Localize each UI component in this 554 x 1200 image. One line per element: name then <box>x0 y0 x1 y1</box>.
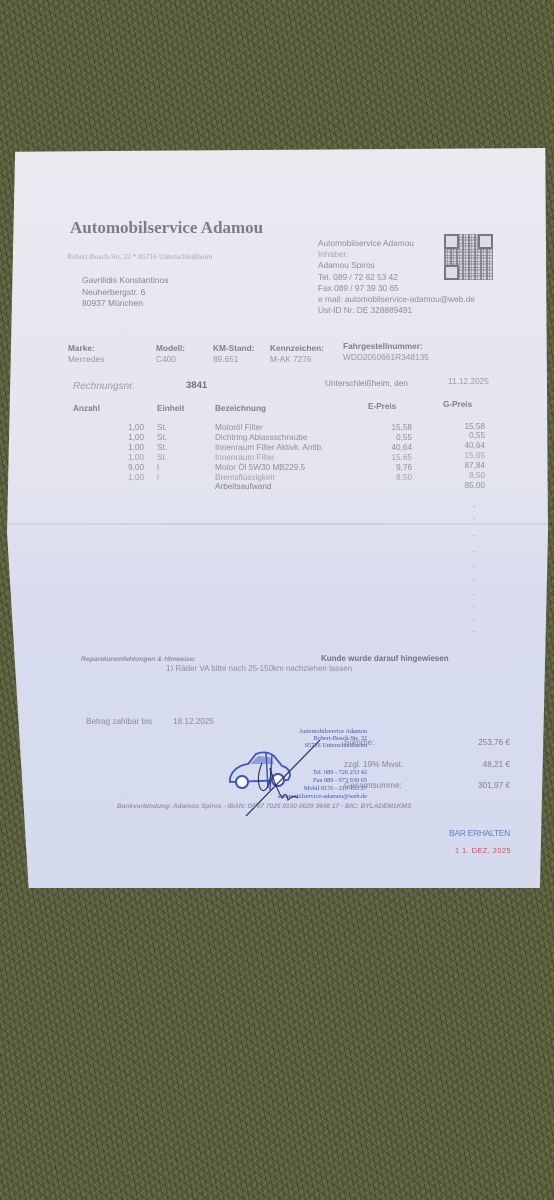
invoice-date: 11.12.2025 <box>448 376 489 386</box>
cell-qty: 9,00 <box>100 463 144 472</box>
due-date: 18.12.2025 <box>173 717 214 726</box>
cell-unit-price: 15,58 <box>340 423 412 432</box>
cell-unit-price: 40,64 <box>340 443 412 452</box>
cell-unit: l <box>157 463 187 472</box>
col-header-desc: Bezeichnung <box>215 404 266 413</box>
paid-date-stamp: 1 1. DEZ. 2025 <box>455 846 511 855</box>
paper-fold-line <box>7 523 548 525</box>
company-address-line: Robert-Bosch-Str. 32 * 85716 Unterschlei… <box>67 252 212 261</box>
grand-total-label: Gesamtsumme: <box>344 781 402 790</box>
col-header-unit: Einheit <box>157 404 184 413</box>
empty-line-marker: - <box>473 602 476 611</box>
empty-line-marker: - <box>473 502 476 511</box>
vehicle-km: KM-Stand: 89.651 <box>213 343 254 365</box>
sum-label: Summe: <box>344 738 374 747</box>
cell-qty: 1,00 <box>100 423 144 432</box>
cell-unit: St. <box>157 433 187 442</box>
empty-line-marker: - <box>473 615 476 624</box>
invoice-number: 3841 <box>186 380 207 391</box>
vehicle-plate: Kennzeichen: M-AK 7276 <box>270 343 324 365</box>
customer-street: Neuherbergstr. 6 <box>82 287 168 299</box>
notes-item: 1) Räder VA bitte nach 25-150km nachzieh… <box>166 664 352 673</box>
bank-details: Bankverbindung: Adamou Spiros - IBAN: DE… <box>117 803 411 810</box>
cell-total-price: 40,64 <box>415 441 485 450</box>
vat-value: 48,21 € <box>440 760 510 769</box>
cell-total-price: 0,55 <box>415 431 485 440</box>
paid-stamp: BAR ERHALTEN <box>449 828 510 838</box>
empty-line-marker: - <box>473 531 476 540</box>
qr-code-icon <box>444 234 493 280</box>
customer-name: Gavrilidis Konstantinos <box>82 275 168 287</box>
cell-total-price: 8,50 <box>415 471 485 480</box>
notes-label: Reparaturemfehlungen & Hinweise: <box>81 656 196 663</box>
due-label: Betrag zahlbar bis <box>86 717 152 726</box>
vat-label: zzgl. 19% Mwst. <box>344 760 403 769</box>
vehicle-vin: Fahrgestellnummer: WDD2050661R348135 <box>343 341 429 363</box>
empty-line-marker: - <box>473 514 476 523</box>
vehicle-make: Marke: Mercedes <box>68 343 104 365</box>
empty-line-marker: - <box>473 590 476 599</box>
cell-unit: St. <box>157 423 187 432</box>
company-name: Automobilservice Adamou <box>70 218 263 238</box>
cell-qty: 1,00 <box>100 443 144 452</box>
empty-line-marker: - <box>473 627 476 636</box>
cell-total-price: 15,58 <box>415 422 485 431</box>
cell-total-price: 85,00 <box>415 481 485 490</box>
col-header-unit-price: E-Preis <box>368 402 396 411</box>
customer-city: 80937 München <box>82 298 168 310</box>
cell-desc: Arbeitsaufwand <box>215 482 365 491</box>
cell-unit-price: 15,65 <box>340 453 412 462</box>
cell-unit-price: 9,76 <box>340 463 412 472</box>
sum-value: 253,76 € <box>440 738 510 747</box>
customer-address: Gavrilidis Konstantinos Neuherbergstr. 6… <box>82 275 168 310</box>
cell-unit: St. <box>157 453 187 462</box>
sender-line: Ust-ID Nr. DE 328889491 <box>318 305 475 316</box>
vehicle-model: Modell: C400 <box>156 343 185 365</box>
sender-line: Fax 089 / 97 39 30 65 <box>318 283 475 294</box>
cell-unit: St. <box>157 443 187 452</box>
cell-qty: 1,00 <box>100 433 144 442</box>
sender-line: e mail: automobilservice-adamou@web.de <box>318 294 475 305</box>
invoice-number-label: Rechnungsnr. <box>73 381 135 392</box>
notes-notice: Kunde wurde darauf hingewiesen <box>321 654 449 663</box>
cell-unit: l <box>157 473 187 482</box>
col-header-qty: Anzahl <box>73 404 100 413</box>
empty-line-marker: - <box>473 575 476 584</box>
cell-unit-price: 8,50 <box>340 473 412 482</box>
invoice-place: Unterschleißheim, den <box>325 378 408 388</box>
cell-total-price: 87,84 <box>415 461 485 470</box>
grand-total-value: 301,97 € <box>440 781 510 790</box>
col-header-total-price: G-Preis <box>443 400 472 409</box>
empty-line-marker: - <box>473 562 476 571</box>
cell-unit-price: 0,55 <box>340 433 412 442</box>
empty-line-marker: - <box>473 547 476 556</box>
cell-qty: 1,00 <box>100 453 144 462</box>
cell-total-price: 15,65 <box>415 451 485 460</box>
cell-qty: 1,00 <box>100 473 144 482</box>
